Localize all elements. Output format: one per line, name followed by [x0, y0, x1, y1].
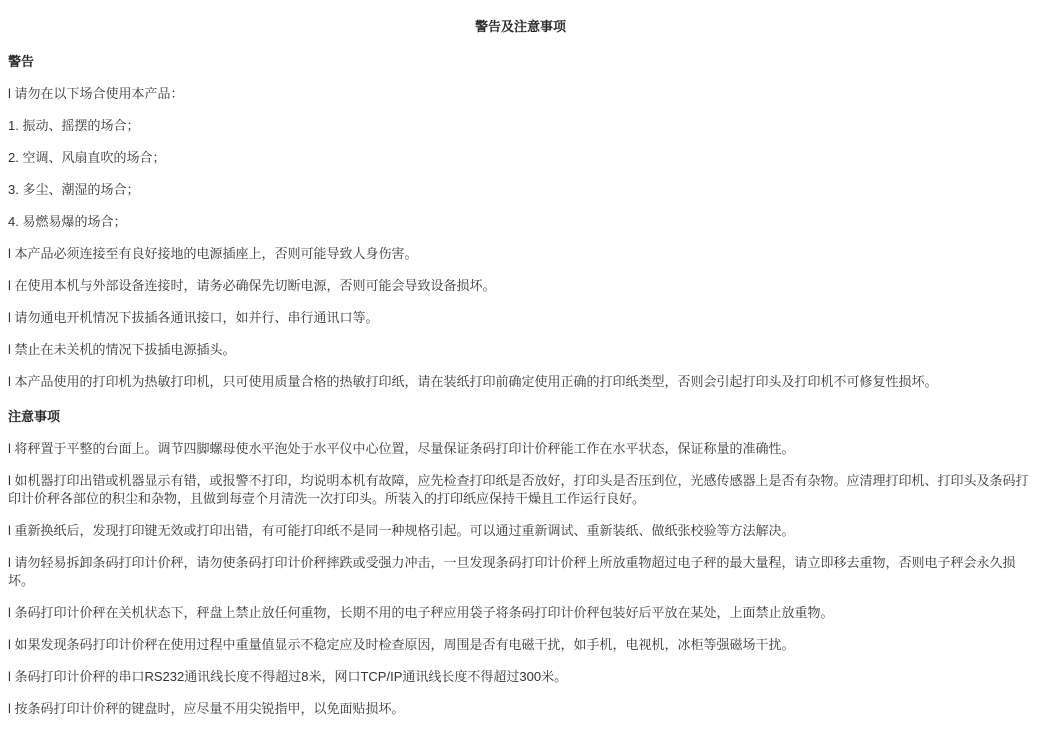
warning-plug: l 禁止在未关机的情况下拔插电源插头。 [8, 341, 1033, 359]
warnings-heading: 警告 [8, 53, 1033, 71]
warning-intro: l 请勿在以下场合使用本产品： [8, 85, 1033, 103]
warning-case-2: 2. 空调、风扇直吹的场合； [8, 149, 1033, 167]
section-notices: 注意事项 l 将秤置于平整的台面上。调节四脚螺母使水平泡处于水平仪中心位置，尽量… [8, 408, 1033, 718]
warning-power-off: l 在使用本机与外部设备连接时，请务必确保先切断电源，否则可能会导致设备损坏。 [8, 277, 1033, 295]
notice-storage: l 条码打印计价秤在关机状态下，秤盘上禁止放任何重物，长期不用的电子秤应用袋子将… [8, 604, 1033, 622]
notice-cable-length: l 条码打印计价秤的串口RS232通讯线长度不得超过8米，网口TCP/IP通讯线… [8, 668, 1033, 686]
notice-keyboard: l 按条码打印计价秤的键盘时，应尽量不用尖锐指甲，以免面贴损坏。 [8, 700, 1033, 718]
section-warnings: 警告 l 请勿在以下场合使用本产品： 1. 振动、摇摆的场合； 2. 空调、风扇… [8, 53, 1033, 391]
notice-interference: l 如果发现条码打印计价秤在使用过程中重量值显示不稳定应及时检查原因，周围是否有… [8, 636, 1033, 654]
page-title: 警告及注意事项 [8, 18, 1033, 36]
warning-case-1: 1. 振动、摇摆的场合； [8, 117, 1033, 135]
warning-printer: l 本产品使用的打印机为热敏打印机，只可使用质量合格的热敏打印纸，请在装纸打印前… [8, 373, 1033, 391]
warning-ports: l 请勿通电开机情况下拔插各通讯接口，如并行、串行通讯口等。 [8, 309, 1033, 327]
warning-case-4: 4. 易燃易爆的场合； [8, 213, 1033, 231]
document-page: 警告及注意事项 警告 l 请勿在以下场合使用本产品： 1. 振动、摇摆的场合； … [8, 18, 1033, 718]
warning-case-3: 3. 多尘、潮湿的场合； [8, 181, 1033, 199]
notice-maintenance: l 如机器打印出错或机器显示有错，或报警不打印，均说明本机有故障，应先检查打印纸… [8, 472, 1033, 508]
notice-paper: l 重新换纸后，发现打印键无效或打印出错，有可能打印纸不是同一种规格引起。可以通… [8, 522, 1033, 540]
notices-heading: 注意事项 [8, 408, 1033, 426]
warning-grounding: l 本产品必须连接至有良好接地的电源插座上，否则可能导致人身伤害。 [8, 245, 1033, 263]
notice-leveling: l 将秤置于平整的台面上。调节四脚螺母使水平泡处于水平仪中心位置，尽量保证条码打… [8, 440, 1033, 458]
notice-handling: l 请勿轻易拆卸条码打印计价秤，请勿使条码打印计价秤摔跌或受强力冲击，一旦发现条… [8, 554, 1033, 590]
